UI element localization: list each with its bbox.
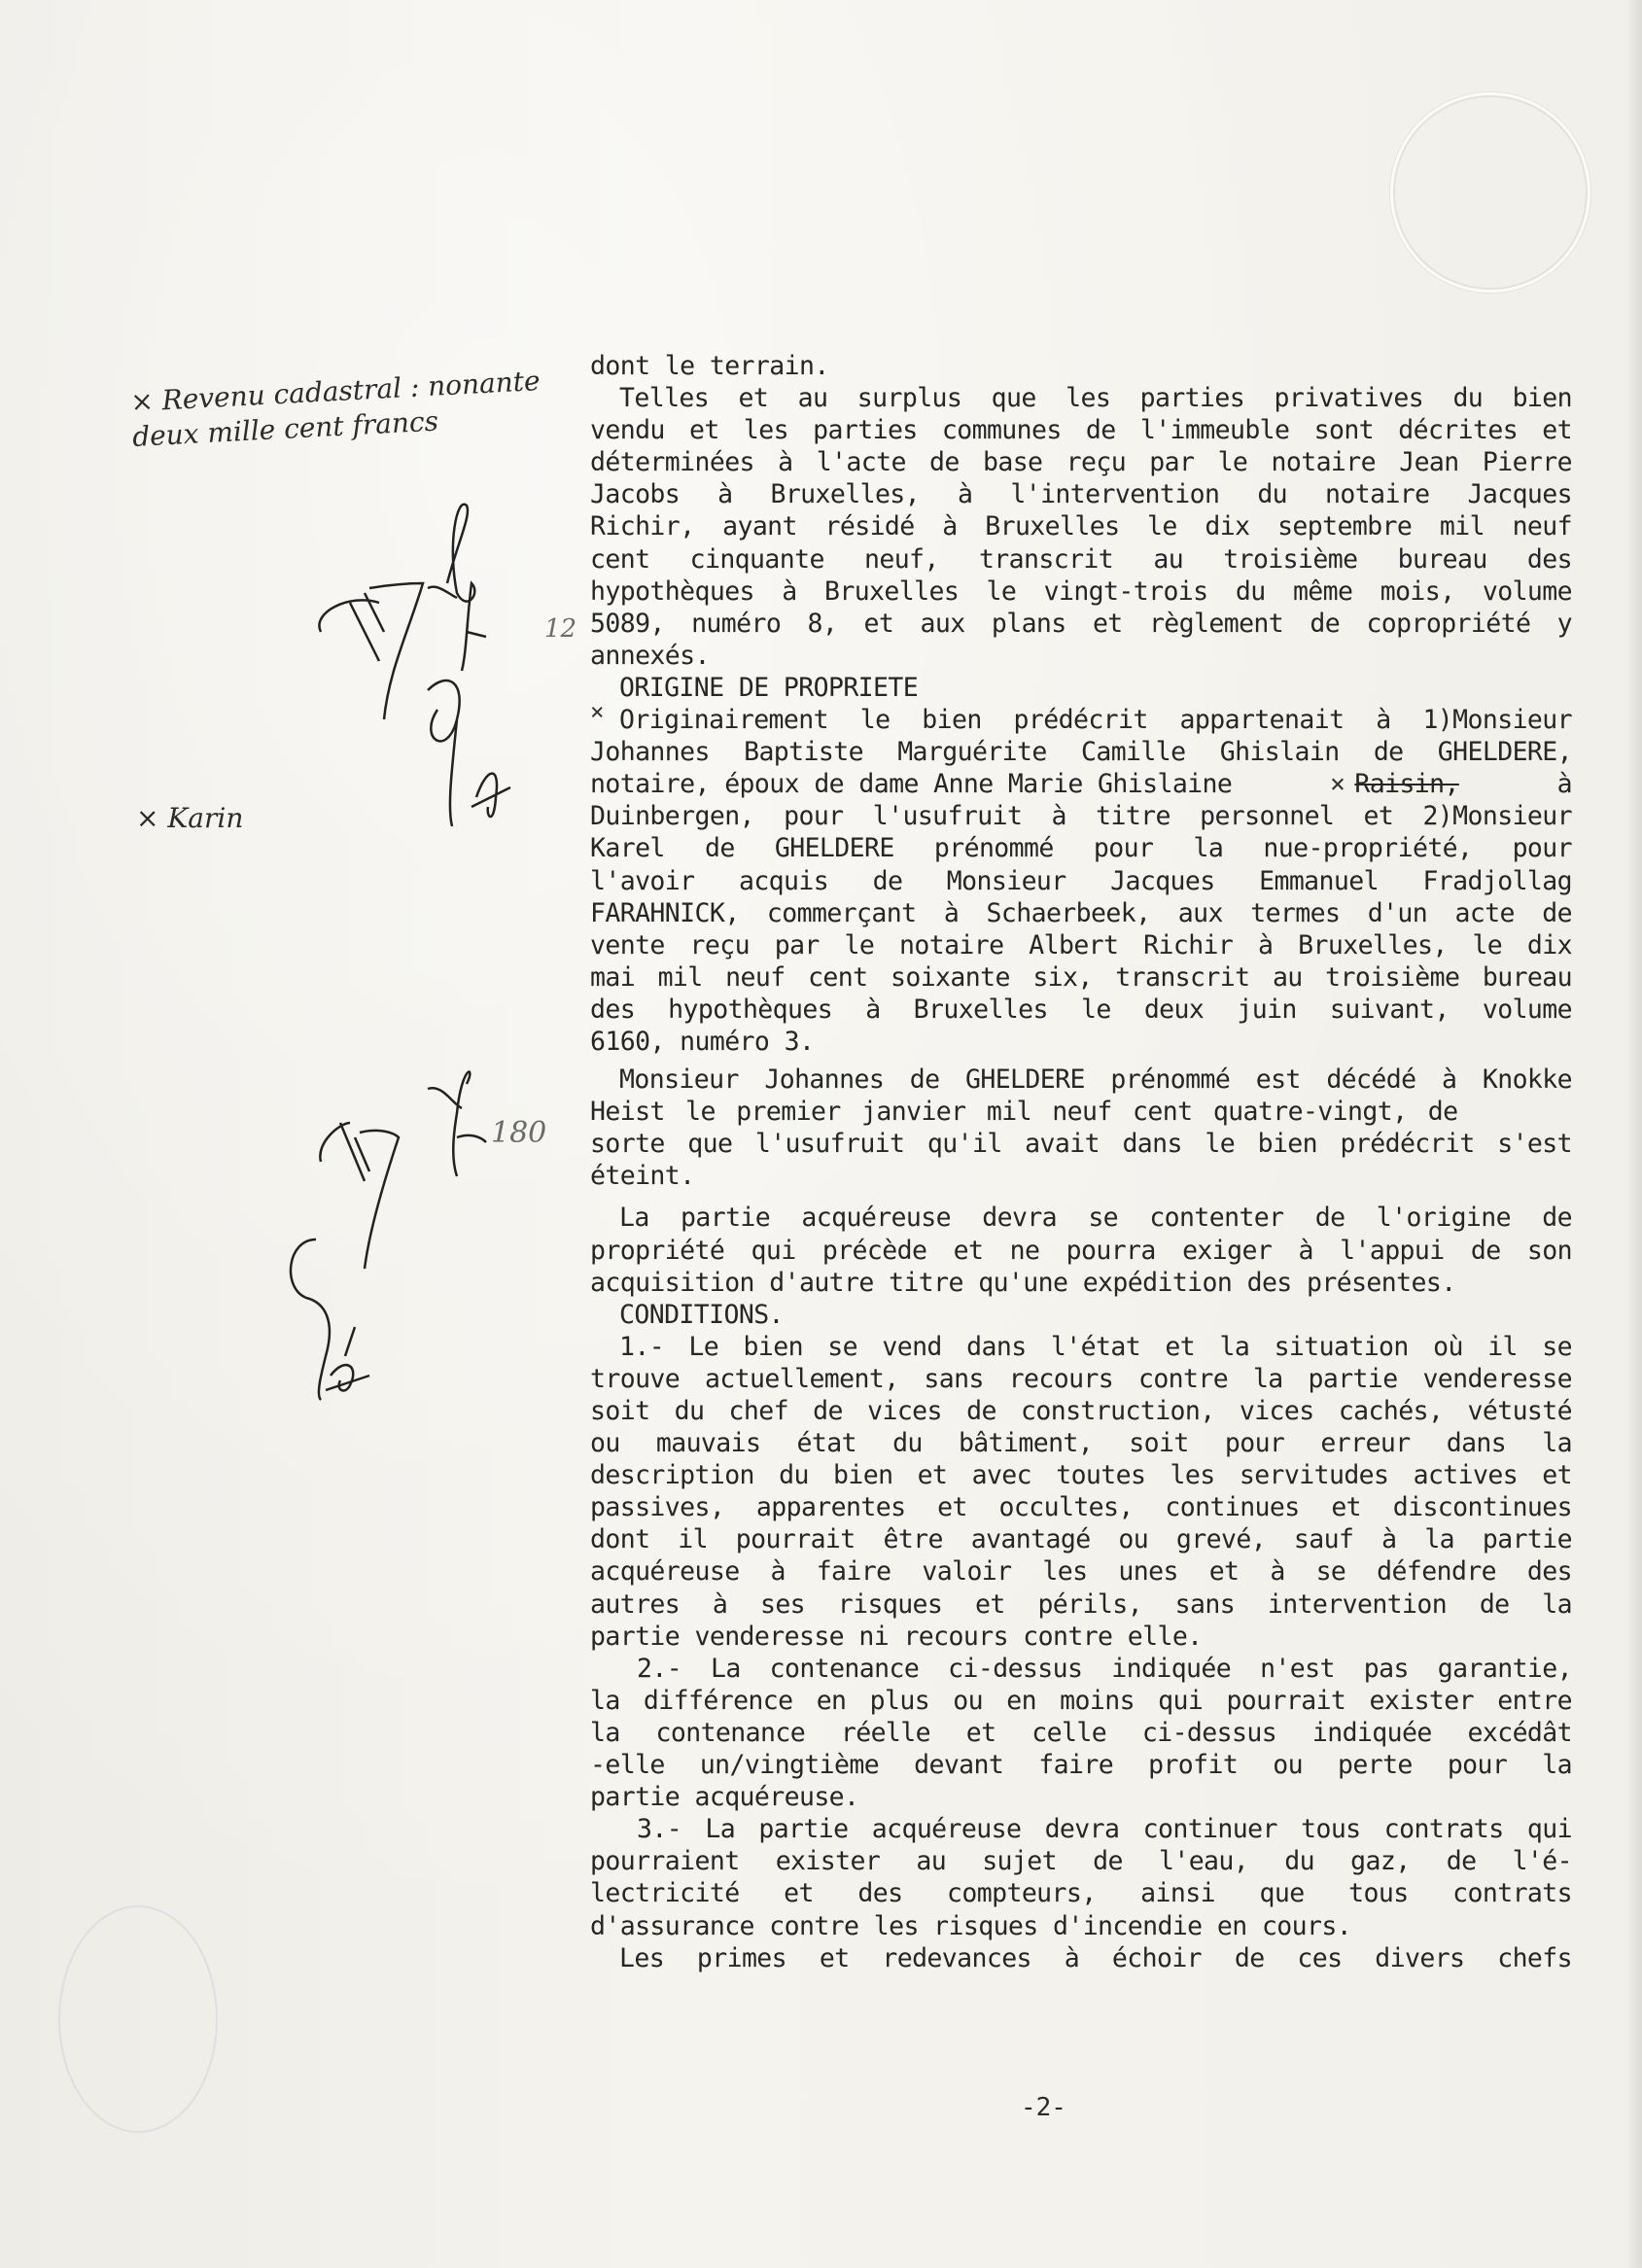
text-line: Monsieur Johannes de GHELDERE prénommé e… [590, 1064, 1572, 1096]
margin-note-name: × Karin [136, 802, 243, 834]
text-line: soit du chef de vices de construction, v… [590, 1395, 1572, 1427]
text-line: Richir, ayant résidé à Bruxelles le dix … [590, 510, 1572, 542]
text-line: -elle un/vingtième devant faire profit o… [590, 1749, 1572, 1781]
text-fragment: notaire, époux de dame Anne Marie Ghisla… [590, 768, 1232, 800]
text-line: ou mauvais état du bâtiment, soit pour e… [590, 1427, 1572, 1459]
text-line: Johannes Baptiste Marguérite Camille Ghi… [590, 736, 1572, 768]
initials-signature-icon [277, 1230, 394, 1405]
text-line: vente reçu par le notaire Albert Richir … [590, 929, 1572, 961]
text-line: Heist le premier janvier mil neuf cent q… [590, 1096, 1572, 1128]
text-line: acquéreuse à faire valoir les unes et à … [590, 1555, 1572, 1588]
section-heading-conditions: CONDITIONS. [590, 1299, 1572, 1331]
text-line: lectricité et des compteurs, ainsi que t… [590, 1877, 1572, 1909]
text-line: hypothèques à Bruxelles le vingt-trois d… [590, 576, 1572, 608]
text-line: cent cinquante neuf, transcrit au troisi… [590, 543, 1572, 576]
text-line: Originairement le bien prédécrit apparte… [590, 704, 1572, 736]
text-fragment: × Raisin, [1330, 768, 1459, 800]
text-line: l'avoir acquis de Monsieur Jacques Emman… [590, 865, 1572, 897]
text-line: passives, apparentes et occultes, contin… [590, 1491, 1572, 1523]
text-line: 1.- Le bien se vend dans l'état et la si… [590, 1331, 1572, 1363]
text-line: Les primes et redevances à échoir de ces… [590, 1942, 1572, 1974]
text-line: 5089, numéro 8, et aux plans et règlemen… [590, 608, 1572, 640]
struck-text-raisin: Raisin, [1354, 768, 1458, 800]
embossed-seal-icon [1390, 92, 1590, 293]
text-line: partie venderesse ni recours contre elle… [590, 1621, 1572, 1653]
text-line: sorte que l'usufruit qu'il avait dans le… [590, 1128, 1572, 1160]
text-line: vendu et les parties communes de l'immeu… [590, 414, 1572, 446]
text-line: autres à ses risques et périls, sans int… [590, 1588, 1572, 1621]
text-line: propriété qui précède et ne pourra exige… [590, 1235, 1572, 1267]
text-line: 6160, numéro 3. [590, 1026, 1572, 1058]
text-line: FARAHNICK, commerçant à Schaerbeek, aux … [590, 897, 1572, 929]
page-number: -2- [1021, 2093, 1066, 2122]
text-line: partie acquéreuse. [590, 1781, 1572, 1813]
text-line: notaire, époux de dame Anne Marie Ghisla… [590, 768, 1572, 800]
text-line: 2.- La contenance ci-dessus indiquée n'e… [590, 1653, 1572, 1685]
text-fragment: à [1557, 768, 1572, 800]
insert-mark-raisin: × [1330, 768, 1345, 800]
text-line: Karel de GHELDERE prénommé pour la nue-p… [590, 832, 1572, 864]
text-line: Duinbergen, pour l'usufruit à titre pers… [590, 800, 1572, 832]
text-line: dont il pourrait être avantagé ou grevé,… [590, 1523, 1572, 1555]
initials-signature-icon [408, 671, 525, 846]
text-line: description du bien et avec toutes les s… [590, 1459, 1572, 1491]
text-line: d'assurance contre les risques d'incendi… [590, 1910, 1572, 1942]
text-line: Jacobs à Bruxelles, à l'intervention du … [590, 478, 1572, 510]
document-page: × Revenu cadastral : nonante deux mille … [0, 0, 1642, 2268]
text-line: La partie acquéreuse devra se contenter … [590, 1202, 1572, 1234]
pencil-number: 12 [544, 614, 576, 644]
deed-body-text: dont le terrain. Telles et au surplus qu… [590, 350, 1572, 1974]
page-edge-shadow [1625, 0, 1642, 2268]
text-line: dont le terrain. [590, 350, 1572, 382]
section-heading-origine: ORIGINE DE PROPRIETE [590, 672, 1572, 704]
text-line: éteint. [590, 1160, 1572, 1192]
text-line: annexés. [590, 640, 1572, 672]
text-line: mai mil neuf cent soixante six, transcri… [590, 961, 1572, 994]
text-line: trouve actuellement, sans recours contre… [590, 1363, 1572, 1395]
text-line: des hypothèques à Bruxelles le deux juin… [590, 994, 1572, 1026]
text-line: pourraient exister au sujet de l'eau, du… [590, 1845, 1572, 1877]
text-line: 3.- La partie acquéreuse devra continuer… [590, 1813, 1572, 1845]
text-line: acquisition d'autre titre qu'une expédit… [590, 1267, 1572, 1299]
margin-note-cadastral-income: × Revenu cadastral : nonante deux mille … [129, 364, 542, 455]
text-line: la contenance réelle et celle ci-dessus … [590, 1717, 1572, 1749]
text-line: Telles et au surplus que les parties pri… [590, 382, 1572, 414]
text-line: déterminées à l'acte de base reçu par le… [590, 446, 1572, 478]
show-through-stamp-icon [58, 1905, 218, 2133]
text-line: la différence en plus ou en moins qui po… [590, 1685, 1572, 1717]
